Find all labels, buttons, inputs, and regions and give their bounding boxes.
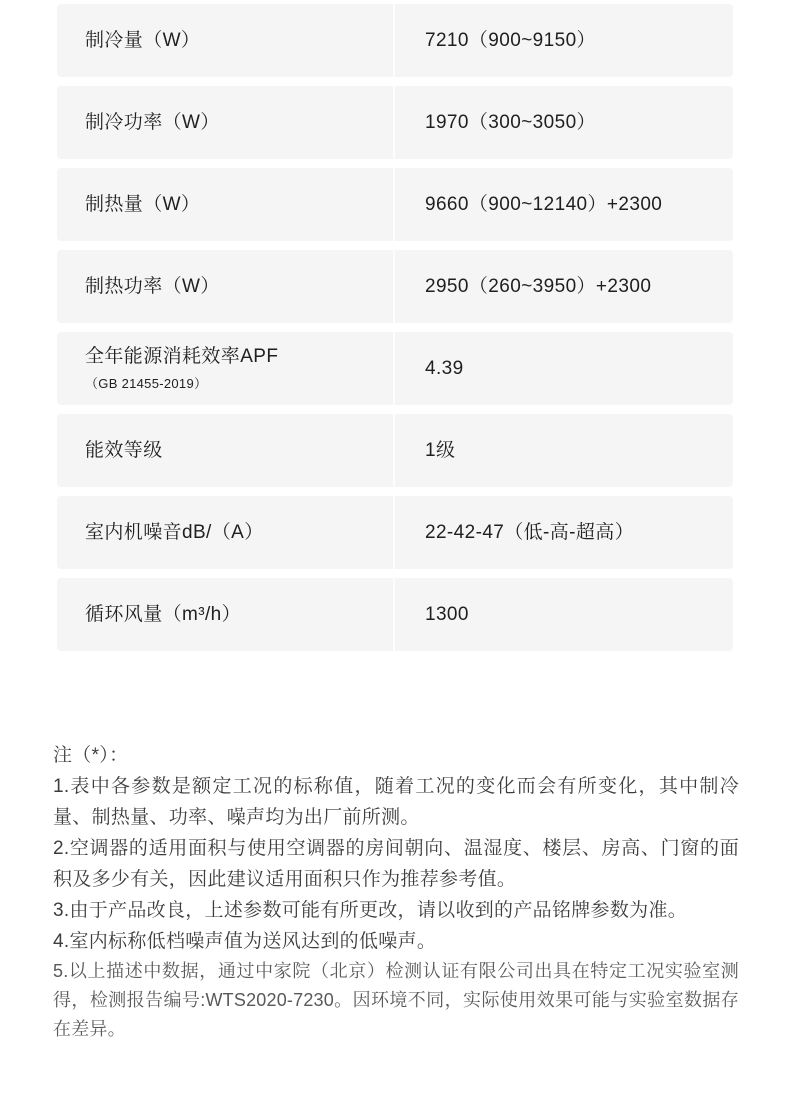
- spec-value: 1970（300~3050）: [425, 111, 723, 135]
- spec-label: 循环风量（m³/h）: [85, 603, 381, 627]
- spec-label-cell: 循环风量（m³/h）: [57, 578, 393, 651]
- spec-value: 1300: [425, 603, 723, 627]
- product-spec-page: 制冷量（W） 7210（900~9150） 制冷功率（W） 1970（300~3…: [0, 0, 790, 1093]
- spec-label-cell: 制热量（W）: [57, 168, 393, 241]
- spec-label-cell: 制冷量（W）: [57, 4, 393, 77]
- spec-label: 制冷功率（W）: [85, 111, 381, 135]
- spec-sublabel: （GB 21455-2019）: [85, 373, 381, 392]
- spec-value: 22-42-47（低-高-超高）: [425, 521, 723, 545]
- spec-label: 制冷量（W）: [85, 29, 381, 53]
- spec-value: 4.39: [425, 357, 723, 381]
- spec-row-energy-grade: 能效等级 1级: [57, 414, 733, 487]
- spec-value-cell: 4.39: [395, 332, 733, 405]
- spec-row-cooling-power: 制冷功率（W） 1970（300~3050）: [57, 86, 733, 159]
- spec-label: 全年能源消耗效率APF: [85, 345, 381, 369]
- spec-label: 能效等级: [85, 439, 381, 463]
- spec-row-air-circulation: 循环风量（m³/h） 1300: [57, 578, 733, 651]
- spec-row-indoor-noise: 室内机噪音dB/（A） 22-42-47（低-高-超高）: [57, 496, 733, 569]
- notes-header: 注（*）：: [53, 740, 739, 771]
- spec-row-cooling-capacity: 制冷量（W） 7210（900~9150）: [57, 4, 733, 77]
- spec-value-cell: 1970（300~3050）: [395, 86, 733, 159]
- note-item-4: 4.室内标称低档噪声值为送风达到的低噪声。: [53, 926, 739, 957]
- note-item-5: 5.以上描述中数据，通过中家院（北京）检测认证有限公司出具在特定工况实验室测得，…: [53, 957, 739, 1044]
- spec-value-cell: 1级: [395, 414, 733, 487]
- spec-row-heating-capacity: 制热量（W） 9660（900~12140）+2300: [57, 168, 733, 241]
- spec-value-cell: 2950（260~3950）+2300: [395, 250, 733, 323]
- spec-label-cell: 能效等级: [57, 414, 393, 487]
- spec-label-cell: 室内机噪音dB/（A）: [57, 496, 393, 569]
- notes-section: 注（*）： 1.表中各参数是额定工况的标称值，随着工况的变化而会有所变化，其中制…: [53, 740, 739, 1044]
- spec-value-cell: 1300: [395, 578, 733, 651]
- spec-row-heating-power: 制热功率（W） 2950（260~3950）+2300: [57, 250, 733, 323]
- spec-value: 1级: [425, 439, 723, 463]
- spec-value: 7210（900~9150）: [425, 29, 723, 53]
- spec-label: 制热量（W）: [85, 193, 381, 217]
- spec-value: 9660（900~12140）+2300: [425, 193, 723, 217]
- spec-table: 制冷量（W） 7210（900~9150） 制冷功率（W） 1970（300~3…: [57, 4, 733, 660]
- spec-label-cell: 全年能源消耗效率APF （GB 21455-2019）: [57, 332, 393, 405]
- spec-label: 室内机噪音dB/（A）: [85, 521, 381, 545]
- spec-value-cell: 7210（900~9150）: [395, 4, 733, 77]
- spec-value-cell: 9660（900~12140）+2300: [395, 168, 733, 241]
- spec-label-cell: 制热功率（W）: [57, 250, 393, 323]
- spec-label: 制热功率（W）: [85, 275, 381, 299]
- note-item-2: 2.空调器的适用面积与使用空调器的房间朝向、温湿度、楼层、房高、门窗的面积及多少…: [53, 833, 739, 895]
- note-item-1: 1.表中各参数是额定工况的标称值，随着工况的变化而会有所变化，其中制冷量、制热量…: [53, 771, 739, 833]
- spec-row-apf: 全年能源消耗效率APF （GB 21455-2019） 4.39: [57, 332, 733, 405]
- spec-label-cell: 制冷功率（W）: [57, 86, 393, 159]
- spec-value: 2950（260~3950）+2300: [425, 275, 723, 299]
- spec-value-cell: 22-42-47（低-高-超高）: [395, 496, 733, 569]
- note-item-3: 3.由于产品改良，上述参数可能有所更改，请以收到的产品铭牌参数为准。: [53, 895, 739, 926]
